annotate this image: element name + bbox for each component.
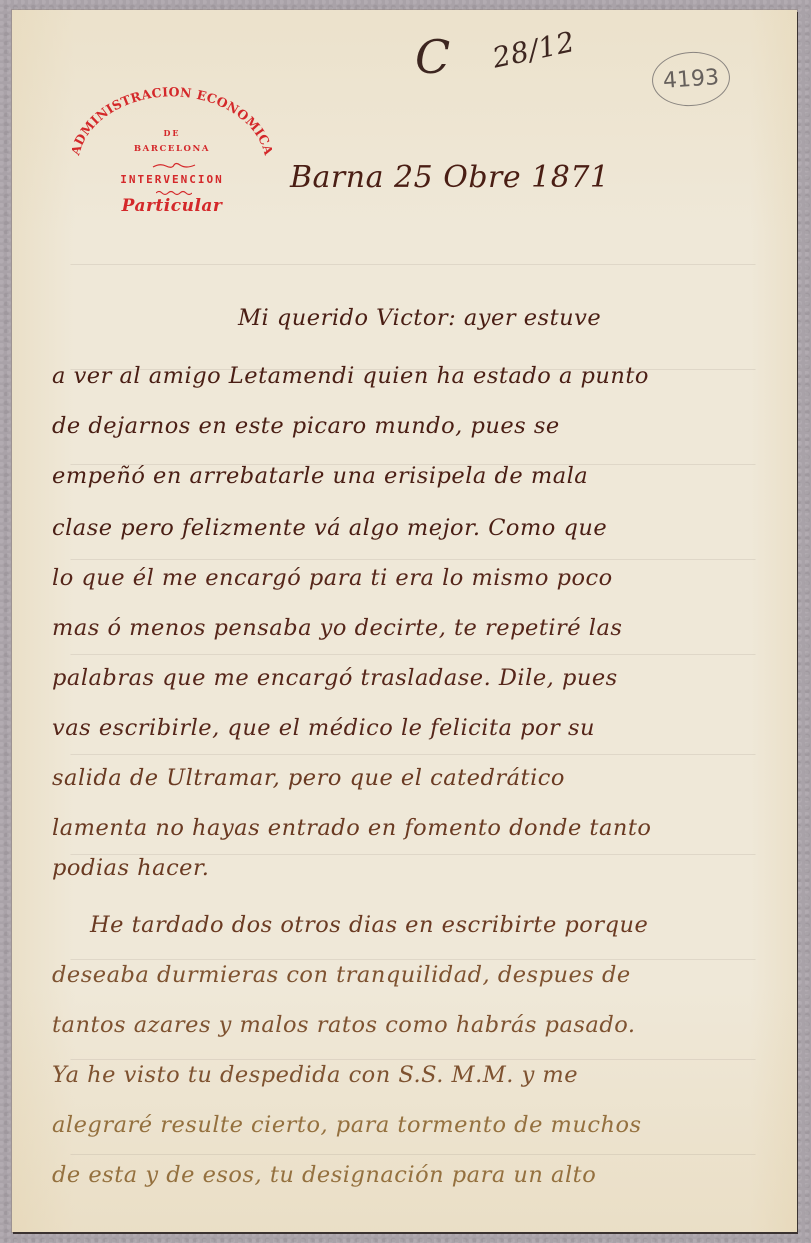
stamp-de: DE: [72, 128, 272, 138]
letter-line: deseaba durmieras con tranquilidad, desp…: [52, 962, 631, 988]
letter-line: a ver al amigo Letamendi quien ha estado…: [52, 363, 649, 389]
red-stamp: ADMINISTRACION ECONOMICA DE BARCELONA IN…: [72, 70, 272, 230]
stamp-flourish-icon: [152, 162, 196, 170]
bleed-through-line: [70, 250, 758, 265]
letter-line: lamenta no hayas entrado en fomento dond…: [52, 815, 651, 841]
letter-line: de esta y de esos, tu designación para u…: [52, 1162, 596, 1188]
bleed-through-line: [70, 545, 758, 560]
letter-line: de dejarnos en este picaro mundo, pues s…: [52, 413, 560, 439]
stamp-subtitle: Particular: [72, 196, 272, 216]
letter-line: salida de Ultramar, pero que el catedrát…: [52, 765, 565, 791]
letter-line: tantos azares y malos ratos como habrás …: [52, 1012, 636, 1038]
date-line: Barna 25 Obre 1871: [290, 160, 610, 195]
bleed-through-line: [70, 945, 758, 960]
catalog-number-text: 4193: [662, 65, 720, 94]
letter-line: He tardado dos otros dias en escribirte …: [90, 912, 648, 938]
letter-line: empeñó en arrebatarle una erisipela de m…: [52, 463, 588, 489]
archive-mark: C: [415, 30, 451, 84]
letter-line: clase pero felizmente vá algo mejor. Com…: [52, 515, 607, 541]
bleed-through-line: [70, 1140, 758, 1155]
bleed-through-line: [70, 840, 758, 855]
bleed-through-line: [70, 740, 758, 755]
letter-line: podias hacer.: [52, 855, 209, 881]
stamp-office: INTERVENCION: [72, 173, 272, 186]
letter-line: palabras que me encargó trasladase. Dile…: [52, 665, 618, 691]
salutation: Mi querido Victor: ayer estuve: [238, 305, 601, 331]
letter-line: mas ó menos pensaba yo decirte, te repet…: [52, 615, 622, 641]
letter-line: vas escribirle, que el médico le felicit…: [52, 715, 595, 741]
bleed-through-line: [70, 640, 758, 655]
letter-line: alegraré resulte cierto, para tormento d…: [52, 1112, 642, 1138]
letter-line: Ya he visto tu despedida con S.S. M.M. y…: [52, 1062, 578, 1088]
bleed-through-line: [70, 1045, 758, 1060]
stamp-city: BARCELONA: [72, 144, 272, 154]
letter-line: lo que él me encargó para ti era lo mism…: [52, 565, 613, 591]
